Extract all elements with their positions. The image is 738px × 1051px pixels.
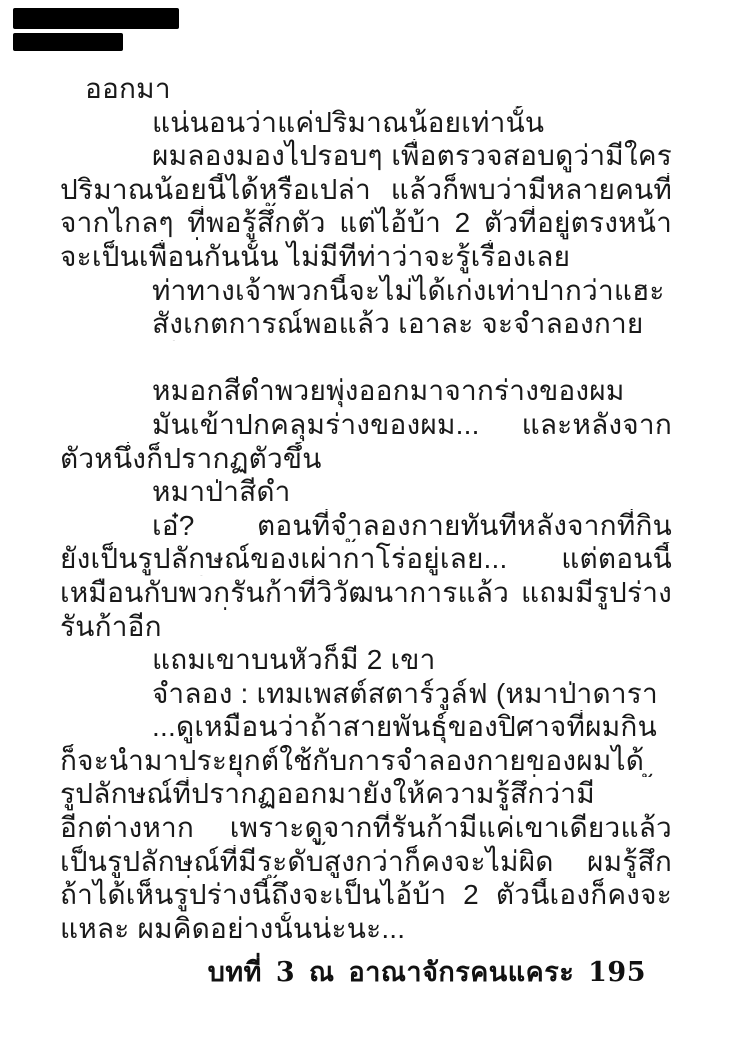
blank-line (60, 341, 672, 375)
text-line: หมาป่าสีดำ (60, 475, 672, 509)
text-line: เป็นรูปลักษณ์ที่มีระดับสูงกว่าก็คงจะไม่ผ… (60, 845, 672, 879)
text-line: แถมเขาบนหัวก็มี 2 เขา (60, 643, 672, 677)
text-line: มันเข้าปกคลุมร่างของผม... และหลังจากหมอก… (60, 408, 672, 442)
text-line: รันก้าอีก (60, 610, 672, 644)
text-line: แน่นอนว่าแค่ปริมาณน้อยเท่านั้น (60, 106, 672, 140)
redaction-bar-2 (13, 33, 123, 51)
text-line: ตัวหนึ่งก็ปรากฏตัวขึ้น (60, 442, 672, 476)
text-line: หมอกสีดำพวยพุ่งออกมาจากร่างของผม (60, 374, 672, 408)
text-line: อีกต่างหาก เพราะดูจากที่รันก้ามีแค่เขาเด… (60, 811, 672, 845)
redaction-bar-1 (13, 8, 179, 29)
text-line: ถ้าได้เห็นรูปร่างนี้ถึงจะเป็นไอ้บ้า 2 ตั… (60, 878, 672, 912)
text-line: ท่าทางเจ้าพวกนี้จะไม่ได้เก่งเท่าปากว่าแฮ… (60, 274, 672, 308)
text-line: ยังเป็นรูปลักษณ์ของเผ่ากาโร่อยู่เลย... แ… (60, 542, 672, 576)
text-line: ก็จะนำมาประยุกต์ใช้กับการจำลองกายของผมได… (60, 744, 672, 778)
text-line: เอ๋? ตอนที่จำลองกายทันทีหลังจากที่กินเข้… (60, 509, 672, 543)
text-line: ปริมาณน้อยนี้ได้หรือเปล่า แล้วก็พบว่ามีห… (60, 173, 672, 207)
text-line: จะเป็นเพื่อนกันนั้น ไม่มีทีท่าว่าจะรู้เร… (60, 240, 672, 274)
text-line: รูปลักษณ์ที่ปรากฏออกมายังให้ความรู้สึกว่… (60, 777, 672, 811)
text-line: ...ดูเหมือนว่าถ้าสายพันธุ์ของปิศาจที่ผมก… (60, 710, 672, 744)
text-line: จากไกลๆ ที่พอรู้สึกตัว แต่ไอ้บ้า 2 ตัวที… (60, 206, 672, 240)
body-text: ออกมาแน่นอนว่าแค่ปริมาณน้อยเท่านั้นผมลอง… (60, 72, 672, 945)
text-line: ออกมา (60, 72, 672, 106)
text-line: จำลอง : เทมเพสต์สตาร์วูล์ฟ (หมาป่าดาราวา… (60, 677, 672, 711)
text-line: เหมือนกับพวกรันก้าที่วิวัฒนาการแล้ว แถมม… (60, 576, 672, 610)
page-footer: บทที่ 3 ณ อาณาจักรคนแคระ 195 (208, 950, 646, 993)
text-line: แหละ ผมคิดอย่างนั้นน่ะนะ... (60, 912, 672, 946)
text-line: ผมลองมองไปรอบๆ เพื่อตรวจสอบดูว่ามีใครสัม… (60, 139, 672, 173)
text-line: สังเกตการณ์พอแล้ว เอาละ จะจำลองกายเป็นอะ… (60, 307, 672, 341)
book-page: ออกมาแน่นอนว่าแค่ปริมาณน้อยเท่านั้นผมลอง… (0, 0, 738, 1051)
